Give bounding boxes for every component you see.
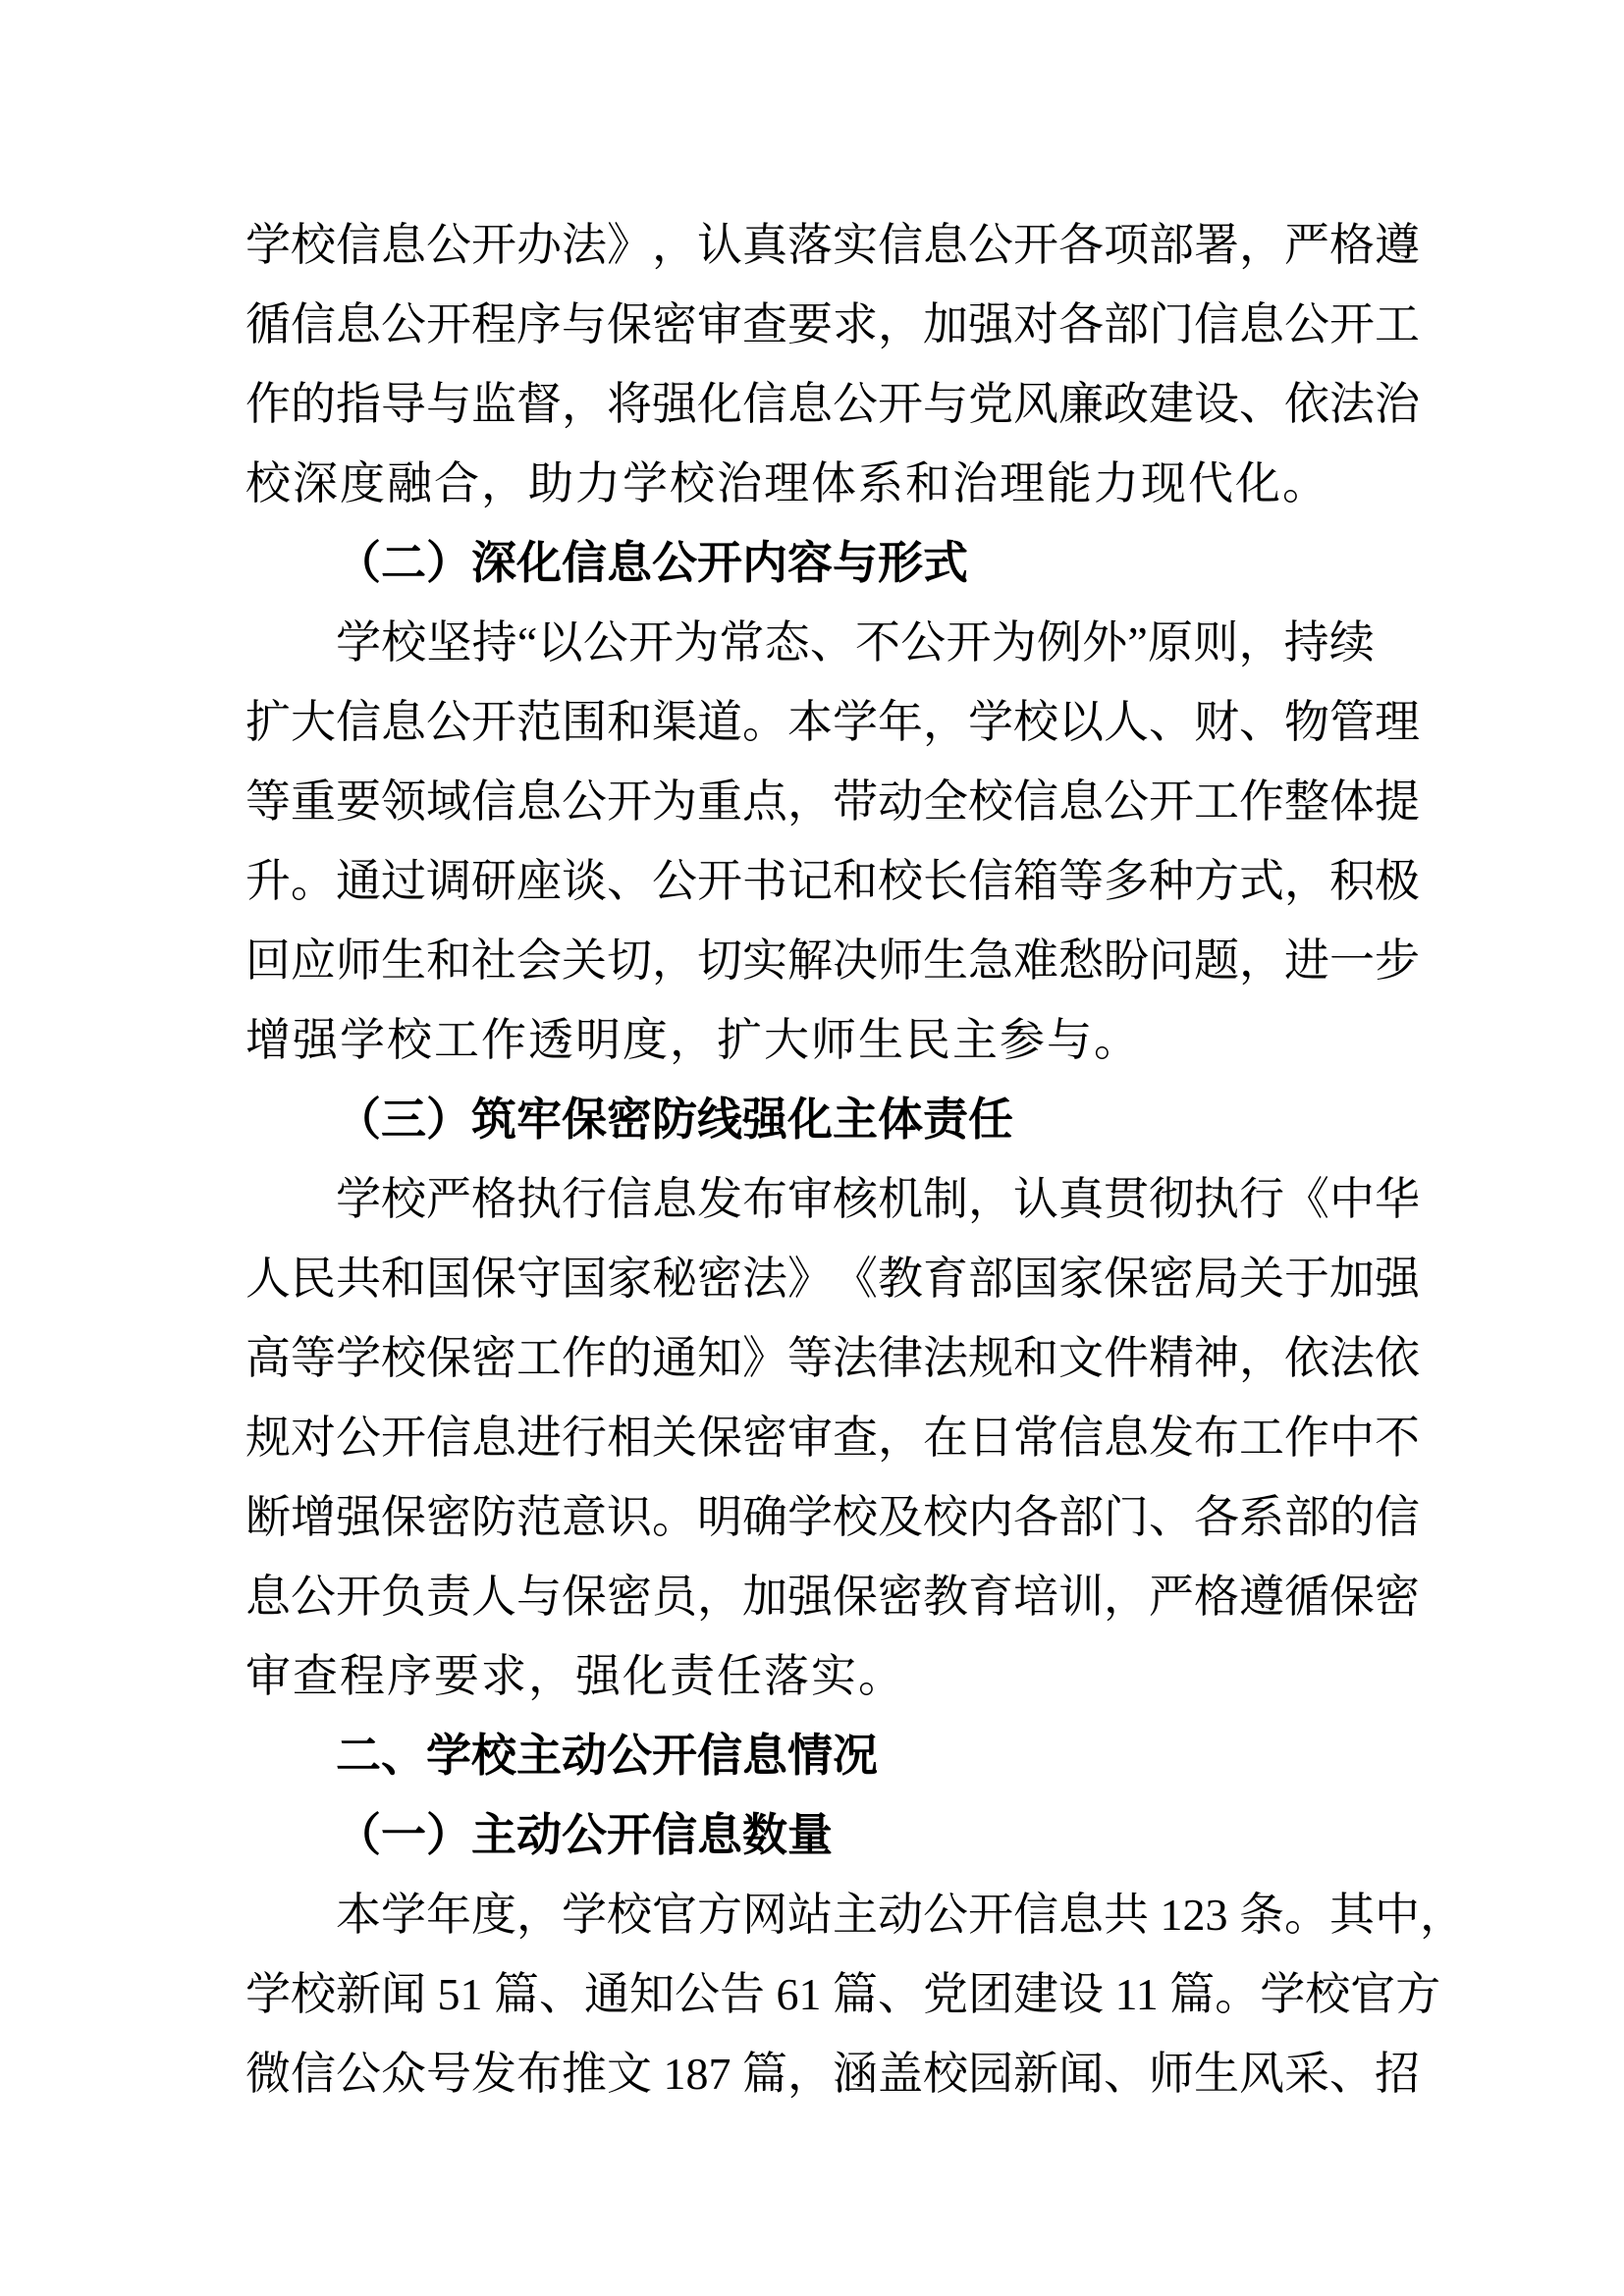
document-line: 学校新闻 51 篇、通知公告 61 篇、党团建设 11 篇。学校官方 (245, 1954, 1375, 2034)
document-line: 扩大信息公开范围和渠道。本学年，学校以人、财、物管理 (245, 682, 1375, 762)
document-line: 等重要领域信息公开为重点，带动全校信息公开工作整体提 (245, 762, 1375, 841)
document-line: 循信息公开程序与保密审查要求，加强对各部门信息公开工 (245, 285, 1375, 364)
document-line: 校深度融合，助力学校治理体系和治理能力现代化。 (245, 444, 1375, 523)
sub-heading: （一）主动公开信息数量 (245, 1795, 1375, 1875)
document-line: 高等学校保密工作的通知》等法律法规和文件精神，依法依 (245, 1318, 1375, 1398)
document-line: 回应师生和社会关切，切实解决师生急难愁盼问题，进一步 (245, 921, 1375, 1000)
sub-heading: （二）深化信息公开内容与形式 (245, 523, 1375, 603)
document-body: 学校信息公开办法》，认真落实信息公开各项部署，严格遵 循信息公开程序与保密审查要… (245, 205, 1375, 2113)
sub-heading: （三）筑牢保密防线强化主体责任 (245, 1080, 1375, 1159)
document-page: 学校信息公开办法》，认真落实信息公开各项部署，严格遵 循信息公开程序与保密审查要… (0, 0, 1624, 2296)
document-line: 人民共和国保守国家秘密法》《教育部国家保密局关于加强 (245, 1239, 1375, 1318)
document-line: 规对公开信息进行相关保密审查，在日常信息发布工作中不 (245, 1398, 1375, 1477)
document-line: 息公开负责人与保密员，加强保密教育培训，严格遵循保密 (245, 1557, 1375, 1636)
document-line: 学校信息公开办法》，认真落实信息公开各项部署，严格遵 (245, 205, 1375, 285)
document-line: 学校坚持“以公开为常态、不公开为例外”原则，持续 (245, 603, 1375, 682)
document-line: 审查程序要求，强化责任落实。 (245, 1636, 1375, 1716)
document-line: 微信公众号发布推文 187 篇，涵盖校园新闻、师生风采、招 (245, 2034, 1375, 2113)
main-heading: 二、学校主动公开信息情况 (245, 1716, 1375, 1795)
document-line: 学校严格执行信息发布审核机制，认真贯彻执行《中华 (245, 1159, 1375, 1239)
document-line: 本学年度，学校官方网站主动公开信息共 123 条。其中， (245, 1875, 1375, 1954)
document-line: 断增强保密防范意识。明确学校及校内各部门、各系部的信 (245, 1477, 1375, 1557)
document-line: 升。通过调研座谈、公开书记和校长信箱等多种方式，积极 (245, 841, 1375, 921)
document-line: 作的指导与监督，将强化信息公开与党风廉政建设、依法治 (245, 364, 1375, 444)
document-line: 增强学校工作透明度，扩大师生民主参与。 (245, 1000, 1375, 1080)
